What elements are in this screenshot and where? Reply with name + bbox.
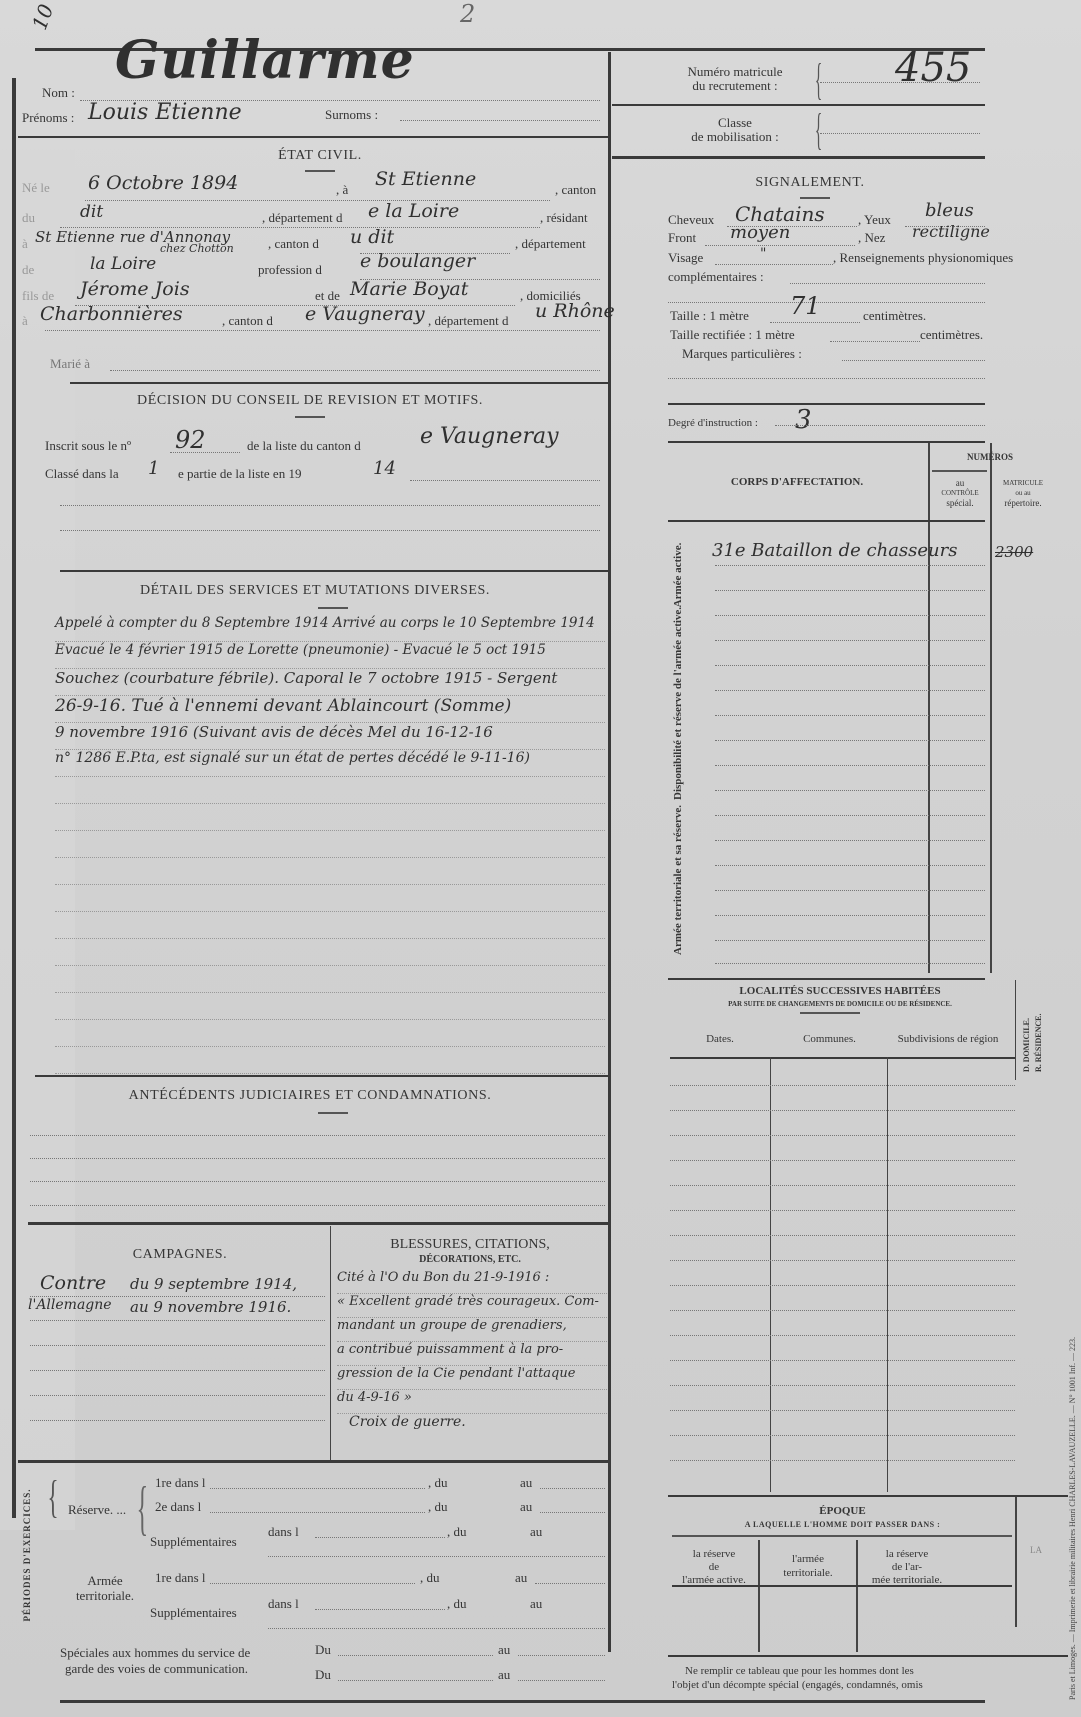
blessures-lines: Cité à l'O du Bon du 21-9-1916 : « Excel…	[337, 1270, 607, 1437]
parents-domicile: Charbonnières	[40, 303, 183, 325]
nom-value: Guillarme	[115, 30, 415, 91]
antecedents-title: ANTÉCÉDENTS JUDICIAIRES ET CONDAMNATIONS…	[80, 1088, 540, 1104]
instruction-label: Degré d'instruction :	[668, 417, 758, 429]
numero-matricule-label: Numéro matricule du recrutement :	[665, 65, 805, 93]
birth-date: 6 Octobre 1894	[88, 172, 238, 194]
birth-place: St Etienne	[375, 168, 476, 190]
citation-line: gression de la Cie pendant l'attaque	[337, 1366, 607, 1390]
marie-label: Marié à	[50, 356, 90, 372]
epoque-note-1: Ne remplir ce tableau que pour les homme…	[685, 1665, 914, 1677]
col-subdivisions: Subdivisions de région	[888, 1033, 1008, 1045]
father-name: Jérome Jois	[80, 278, 190, 300]
corps-affectation-title: CORPS D'AFFECTATION.	[668, 476, 926, 488]
inscrit-numero: 92	[175, 426, 206, 454]
prenoms-label: Prénoms :	[22, 110, 74, 126]
taille-value: 71	[790, 292, 821, 320]
parents-departement: u Rhône	[535, 300, 615, 322]
epoque-col-reserve-active: la réserve de l'armée active.	[670, 1548, 758, 1587]
citation-line: Croix de guerre.	[337, 1414, 607, 1437]
col-matricule-header: MATRICULE ou au répertoire.	[992, 478, 1054, 508]
instruction-value: 3	[795, 405, 812, 435]
localites-title: LOCALITÉS SUCCESSIVES HABITÉES	[670, 985, 1010, 997]
decision-canton: e Vaugneray	[420, 424, 559, 449]
citation-line: mandant un groupe de grenadiers,	[337, 1318, 607, 1342]
margin-note-top: 2	[460, 0, 475, 28]
blessures-title: BLESSURES, CITATIONS,	[335, 1237, 605, 1253]
campagne-left-1: Contre	[40, 1272, 106, 1294]
etat-civil-title: ÉTAT CIVIL.	[200, 148, 440, 164]
epoque-subtitle: A LAQUELLE L'HOMME DOIT PASSER DANS :	[670, 1520, 1015, 1529]
matricule-armee-active: 2300	[995, 543, 1033, 561]
left-border	[12, 78, 16, 1518]
col-dates: Dates.	[670, 1033, 770, 1045]
printer-imprint: Paris et Limoges. — Imprimerie et librai…	[1068, 1080, 1077, 1700]
domicile-side-label: D. DOMICILE.	[1022, 1018, 1031, 1072]
service-line: Evacué le 4 février 1915 de Lorette (pne…	[55, 642, 605, 669]
services-lines: Appelé à compter du 8 Septembre 1914 Arr…	[55, 615, 605, 1074]
service-line: Souchez (courbature fébrile). Caporal le…	[55, 669, 605, 696]
service-line: 26-9-16. Tué à l'ennemi devant Ablaincou…	[55, 696, 605, 723]
surnoms-label: Surnoms :	[325, 107, 378, 123]
services-title: DÉTAIL DES SERVICES ET MUTATIONS DIVERSE…	[95, 583, 535, 599]
row-label-territoriale: Armée territoriale et sa réserve.	[672, 805, 684, 955]
classe-partie: 1	[148, 458, 159, 479]
birth-canton: dit	[80, 202, 103, 222]
registration-form-page: 10 2 Nom : Guillarme Prénoms : Louis Eti…	[0, 0, 1081, 1717]
citation-line: a contribué puissamment à la pro-	[337, 1342, 607, 1366]
margin-note-left: 10	[27, 1, 58, 33]
epoque-title: ÉPOQUE	[670, 1505, 1015, 1517]
campagne-right-2: au 9 novembre 1916.	[130, 1298, 291, 1316]
supplementaires-label-2: Supplémentaires	[150, 1605, 237, 1621]
service-line: n° 1286 E.P.ta, est signalé sur un état …	[55, 750, 605, 777]
residence-side-label: R. RÉSIDENCE.	[1034, 1014, 1043, 1072]
parents-canton: e Vaugneray	[305, 303, 425, 325]
epoque-extra-column: LA	[1030, 1545, 1042, 1555]
epoque-col-reserve-territoriale: la réserve de l'ar- mée territoriale.	[858, 1548, 956, 1587]
residence-note: chez Chotton	[160, 242, 234, 255]
prenoms-value: Louis Etienne	[88, 100, 242, 125]
visage-value: "	[760, 246, 766, 262]
corps-armee-active: 31e Bataillon de chasseurs	[712, 540, 958, 561]
citation-line: « Excellent gradé très courageux. Com-	[337, 1294, 607, 1318]
numeros-title: NUMÉROS	[930, 452, 1050, 462]
decision-title: DÉCISION DU CONSEIL DE REVISION ET MOTIF…	[80, 393, 540, 409]
residence-departement: la Loire	[90, 254, 156, 274]
periodes-brace: {	[48, 1470, 59, 1523]
residence-canton: u dit	[350, 226, 394, 248]
citation-line: Cité à l'O du Bon du 21-9-1916 :	[337, 1270, 607, 1294]
service-line: Appelé à compter du 8 Septembre 1914 Arr…	[55, 615, 605, 642]
col-communes: Communes.	[772, 1033, 887, 1045]
reserve-label: Réserve. ...	[68, 1502, 126, 1518]
blessures-subtitle: DÉCORATIONS, ETC.	[335, 1254, 605, 1265]
signalement-title: SIGNALEMENT.	[700, 175, 920, 191]
epoque-col-territoriale: l'armée territoriale.	[760, 1552, 856, 1580]
yeux-value: bleus	[925, 200, 974, 221]
campagne-left-2: l'Allemagne	[28, 1297, 112, 1313]
col-controle-header: au CONTRÔLE spécial.	[930, 478, 990, 508]
profession: e boulanger	[360, 250, 475, 272]
classe-annee: 14	[373, 458, 396, 479]
numero-matricule-value: 455	[895, 45, 971, 91]
front-value: moyen	[730, 222, 790, 243]
campagnes-title: CAMPAGNES.	[60, 1247, 300, 1263]
campagne-right-1: du 9 septembre 1914,	[130, 1275, 297, 1293]
supplementaires-label: Supplémentaires	[150, 1534, 237, 1550]
birth-departement: e la Loire	[368, 200, 459, 222]
nez-value: rectiligne	[912, 222, 990, 241]
service-line: 9 novembre 1916 (Suivant avis de décès M…	[55, 723, 605, 750]
classe-mobilisation-label: Classe de mobilisation :	[665, 116, 805, 144]
periodes-side-label: PÉRIODES D'EXERCICES.	[22, 1470, 32, 1640]
localites-subtitle: PAR SUITE DE CHANGEMENTS DE DOMICILE OU …	[670, 1000, 1010, 1008]
mother-name: Marie Boyat	[350, 278, 468, 300]
center-divider	[608, 52, 611, 1652]
epoque-note-2: l'objet d'un décompte spécial (engagés, …	[672, 1679, 923, 1691]
citation-line: du 4-9-16 »	[337, 1390, 607, 1414]
nom-label: Nom :	[42, 85, 75, 101]
row-label-disponibilite: Disponibilité et réserve de l'armée acti…	[672, 640, 684, 800]
